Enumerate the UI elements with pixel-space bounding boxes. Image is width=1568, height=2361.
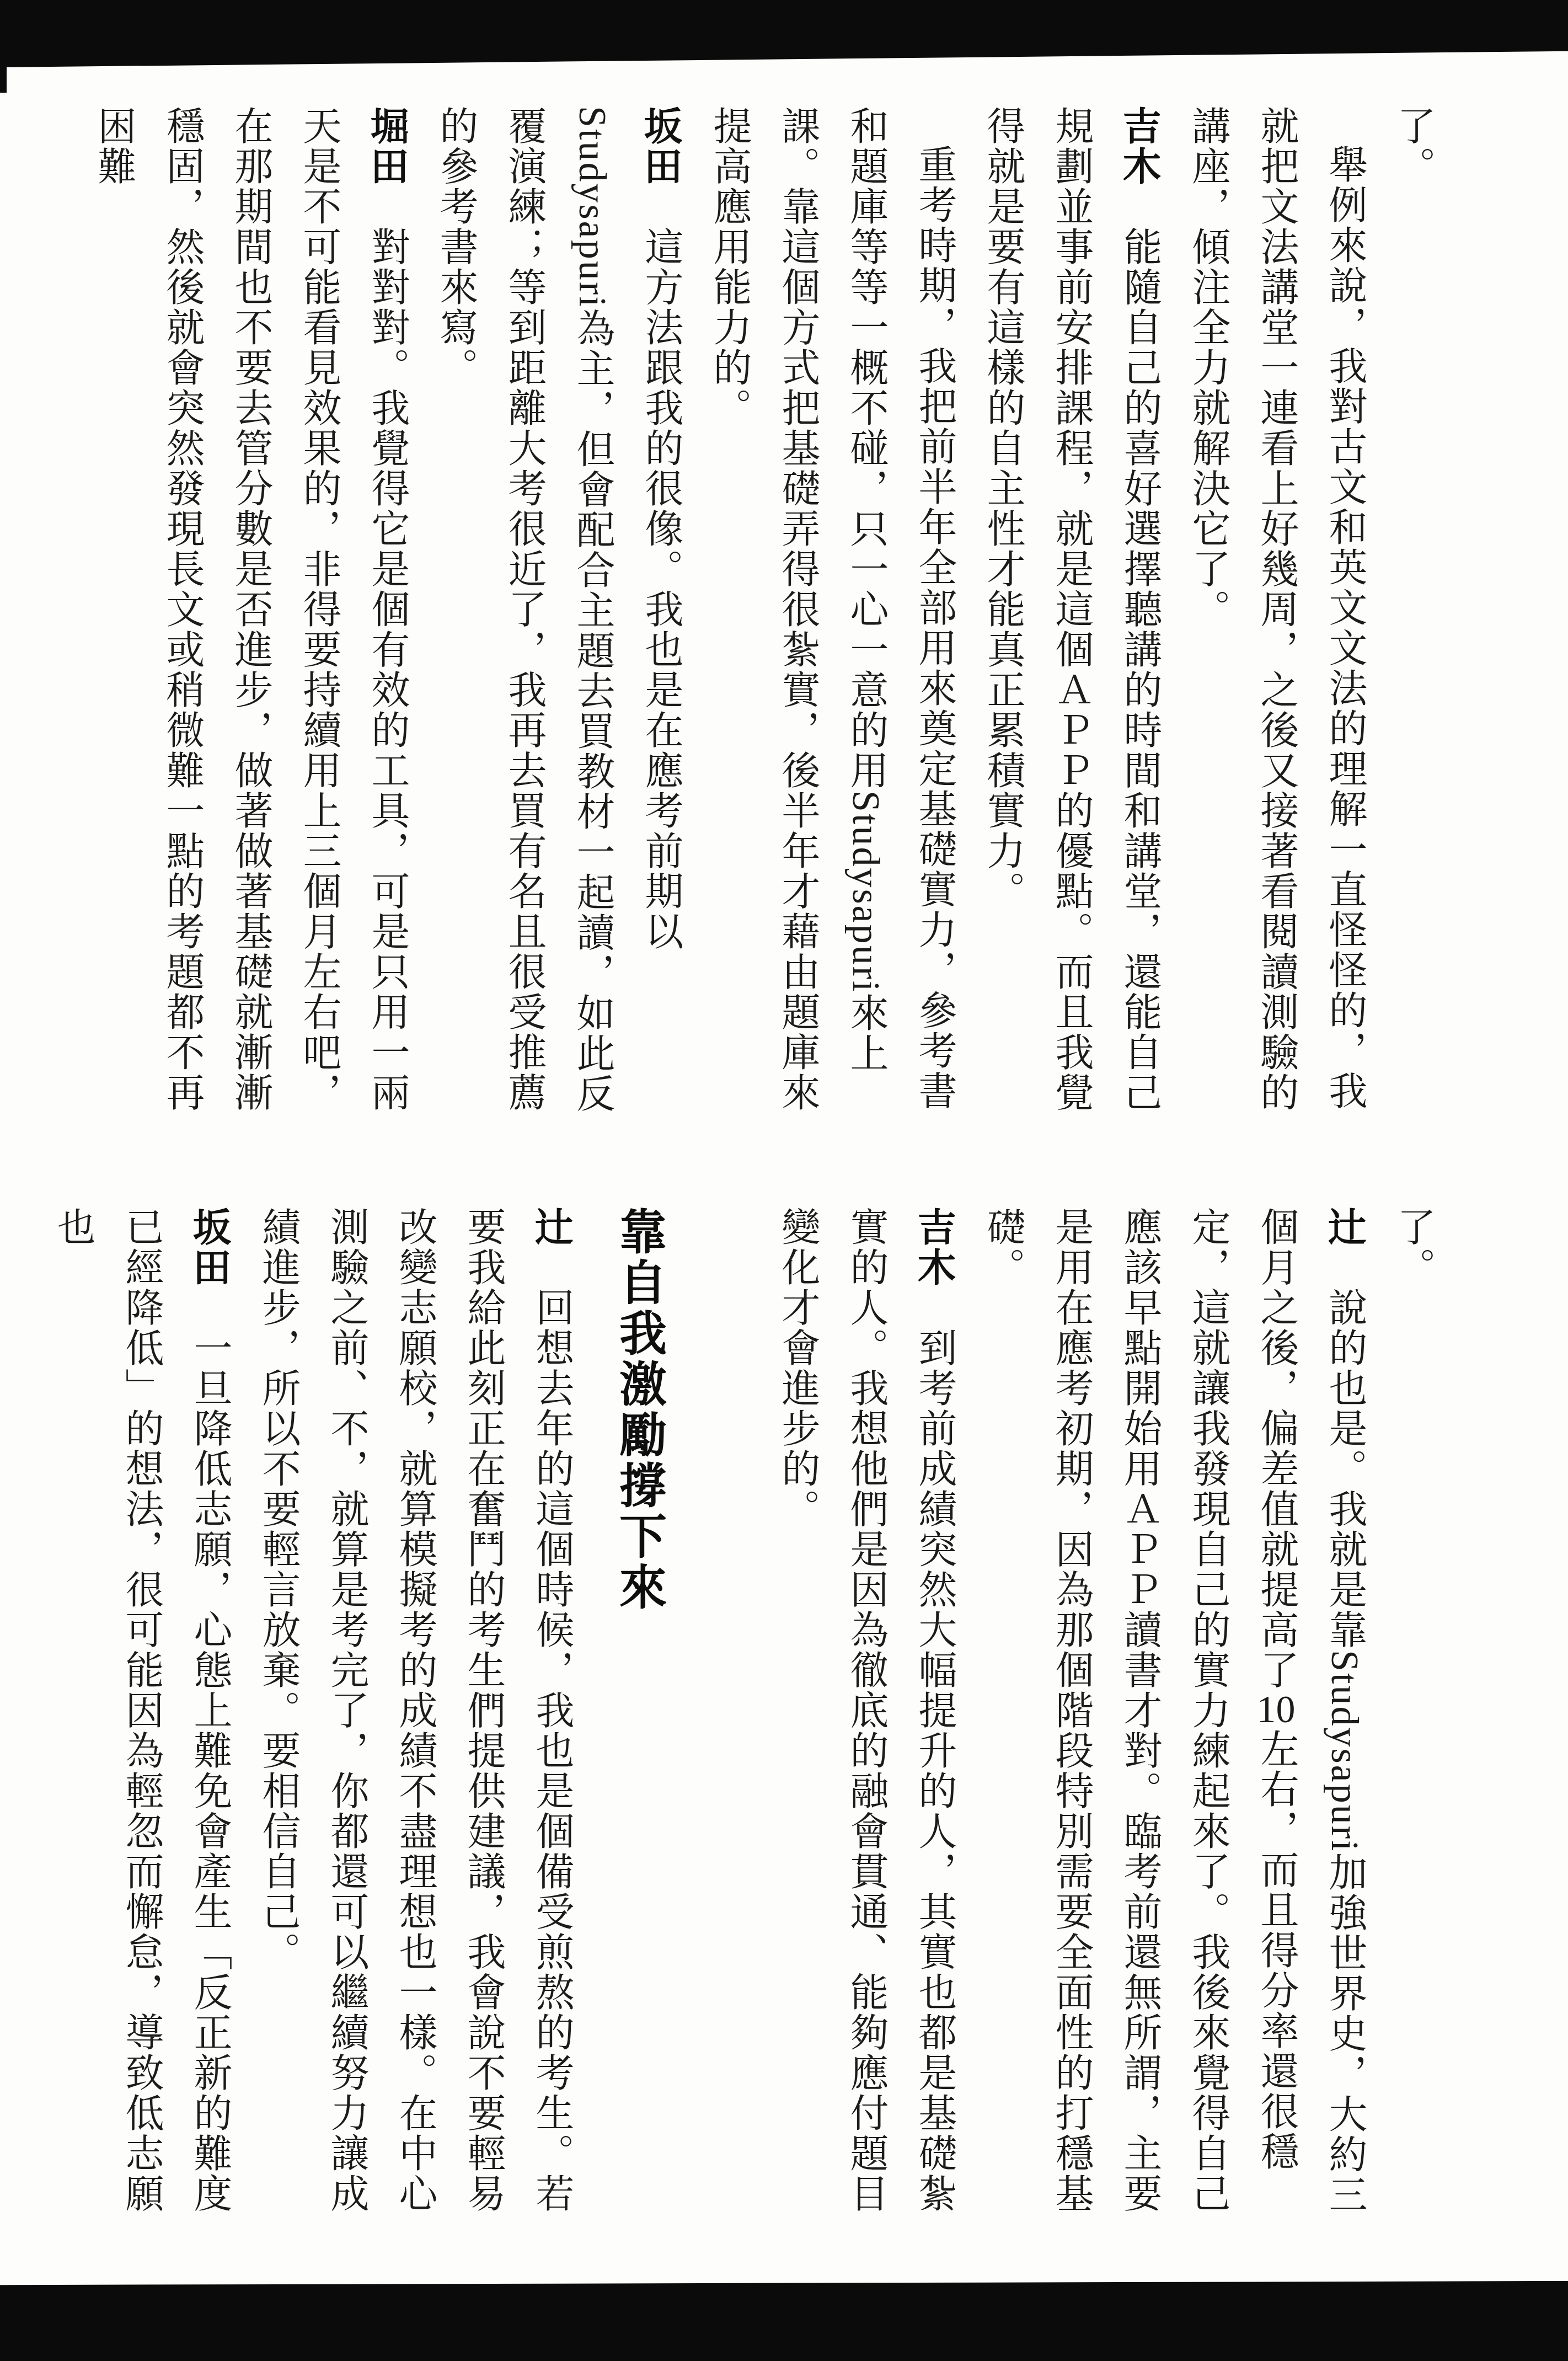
dialogue-text: 能隨自己的喜好選擇聽講的時間和講堂，還能自己規劃並事前安排課程，就是這個ＡＰＰ的… <box>981 106 1160 1113</box>
dialogue-text: 這方法跟我的很像。我也是在應考前期以Studysapuri為主，但會配合主題去買… <box>434 106 682 1114</box>
scan-black-bar-bottom <box>0 2281 1568 2361</box>
paragraph-tail: 了。 <box>1378 1207 1447 2229</box>
scan-edge-artifact <box>0 54 7 93</box>
scan-black-bar-top <box>0 0 1568 67</box>
paragraph: 坂田 一旦降低志願，心態上難免會產生「反正新的難度已經降低」的想法，很可能因為輕… <box>38 1207 243 2229</box>
speaker-name: 辻 <box>1323 1207 1366 1247</box>
paragraph: 辻 說的也是。我就是靠Studysapuri加強世界史，大約三個月之後，偏差值就… <box>968 1207 1378 2229</box>
paragraph: 坂田 這方法跟我的很像。我也是在應考前期以Studysapuri為主，但會配合主… <box>421 106 694 1125</box>
speaker-name: 辻 <box>529 1207 572 1247</box>
paragraph: 舉例來說，我對古文和英文文法的理解一直怪怪的，我就把文法講堂一連看上好幾周，之後… <box>1173 106 1378 1125</box>
paragraph: 堀田 對對對。我覺得它是個有效的工具，可是只用一兩天是不可能看見效果的，非得要持… <box>79 106 421 1125</box>
speaker-name: 坂田 <box>188 1207 231 1288</box>
dialogue-block-top: 了。 舉例來說，我對古文和英文文法的理解一直怪怪的，我就把文法講堂一連看上好幾周… <box>79 106 1447 1125</box>
paragraph: 辻 回想去年的這個時候，我也是個備受煎熬的考生。若要我給此刻正在奮鬥的考生們提供… <box>243 1207 585 2229</box>
scanned-book-page: 了。 舉例來說，我對古文和英文文法的理解一直怪怪的，我就把文法講堂一連看上好幾周… <box>0 0 1568 2361</box>
dialogue-text: 回想去年的這個時候，我也是個備受煎熬的考生。若要我給此刻正在奮鬥的考生們提供建議… <box>256 1207 572 2214</box>
inline-number: 10 <box>1255 1690 1297 1729</box>
paragraph-tail: 了。 <box>1378 106 1447 1125</box>
paragraph: 吉木 到考前成績突然大幅提升的人，其實也都是基礎紮實的人。我想他們是因為徹底的融… <box>763 1207 968 2229</box>
paragraph: 吉木 能隨自己的喜好選擇聽講的時間和講堂，還能自己規劃並事前安排課程，就是這個Ａ… <box>968 106 1173 1125</box>
dialogue-text: 到考前成績突然大幅提升的人，其實也都是基礎紮實的人。我想他們是因為徹底的融會貫通… <box>776 1207 955 2214</box>
dialogue-block-bottom: 了。 辻 說的也是。我就是靠Studysapuri加強世界史，大約三個月之後，偏… <box>38 1207 1447 2229</box>
section-heading: 靠自我激勵撐下來 <box>597 1207 680 2229</box>
dialogue-text: 對對對。我覺得它是個有效的工具，可是只用一兩天是不可能看見效果的，非得要持續用上… <box>92 106 408 1113</box>
dialogue-text: 左右，而且得分率還很穩定，這就讓我發現自己的實力練起來了。我後來覺得自己應該早點… <box>981 1207 1297 2214</box>
dialogue-text: 一旦降低志願，心態上難免會產生「反正新的難度已經降低」的想法，很可能因為輕忽而懈… <box>51 1207 231 2214</box>
speaker-name: 坂田 <box>639 106 682 186</box>
paragraph: 重考時期，我把前半年全部用來奠定基礎實力，參考書和題庫等等一概不碰，只一心一意的… <box>694 106 968 1125</box>
speaker-name: 吉木 <box>912 1207 955 1288</box>
speaker-name: 堀田 <box>365 106 408 186</box>
speaker-name: 吉木 <box>1117 106 1160 186</box>
